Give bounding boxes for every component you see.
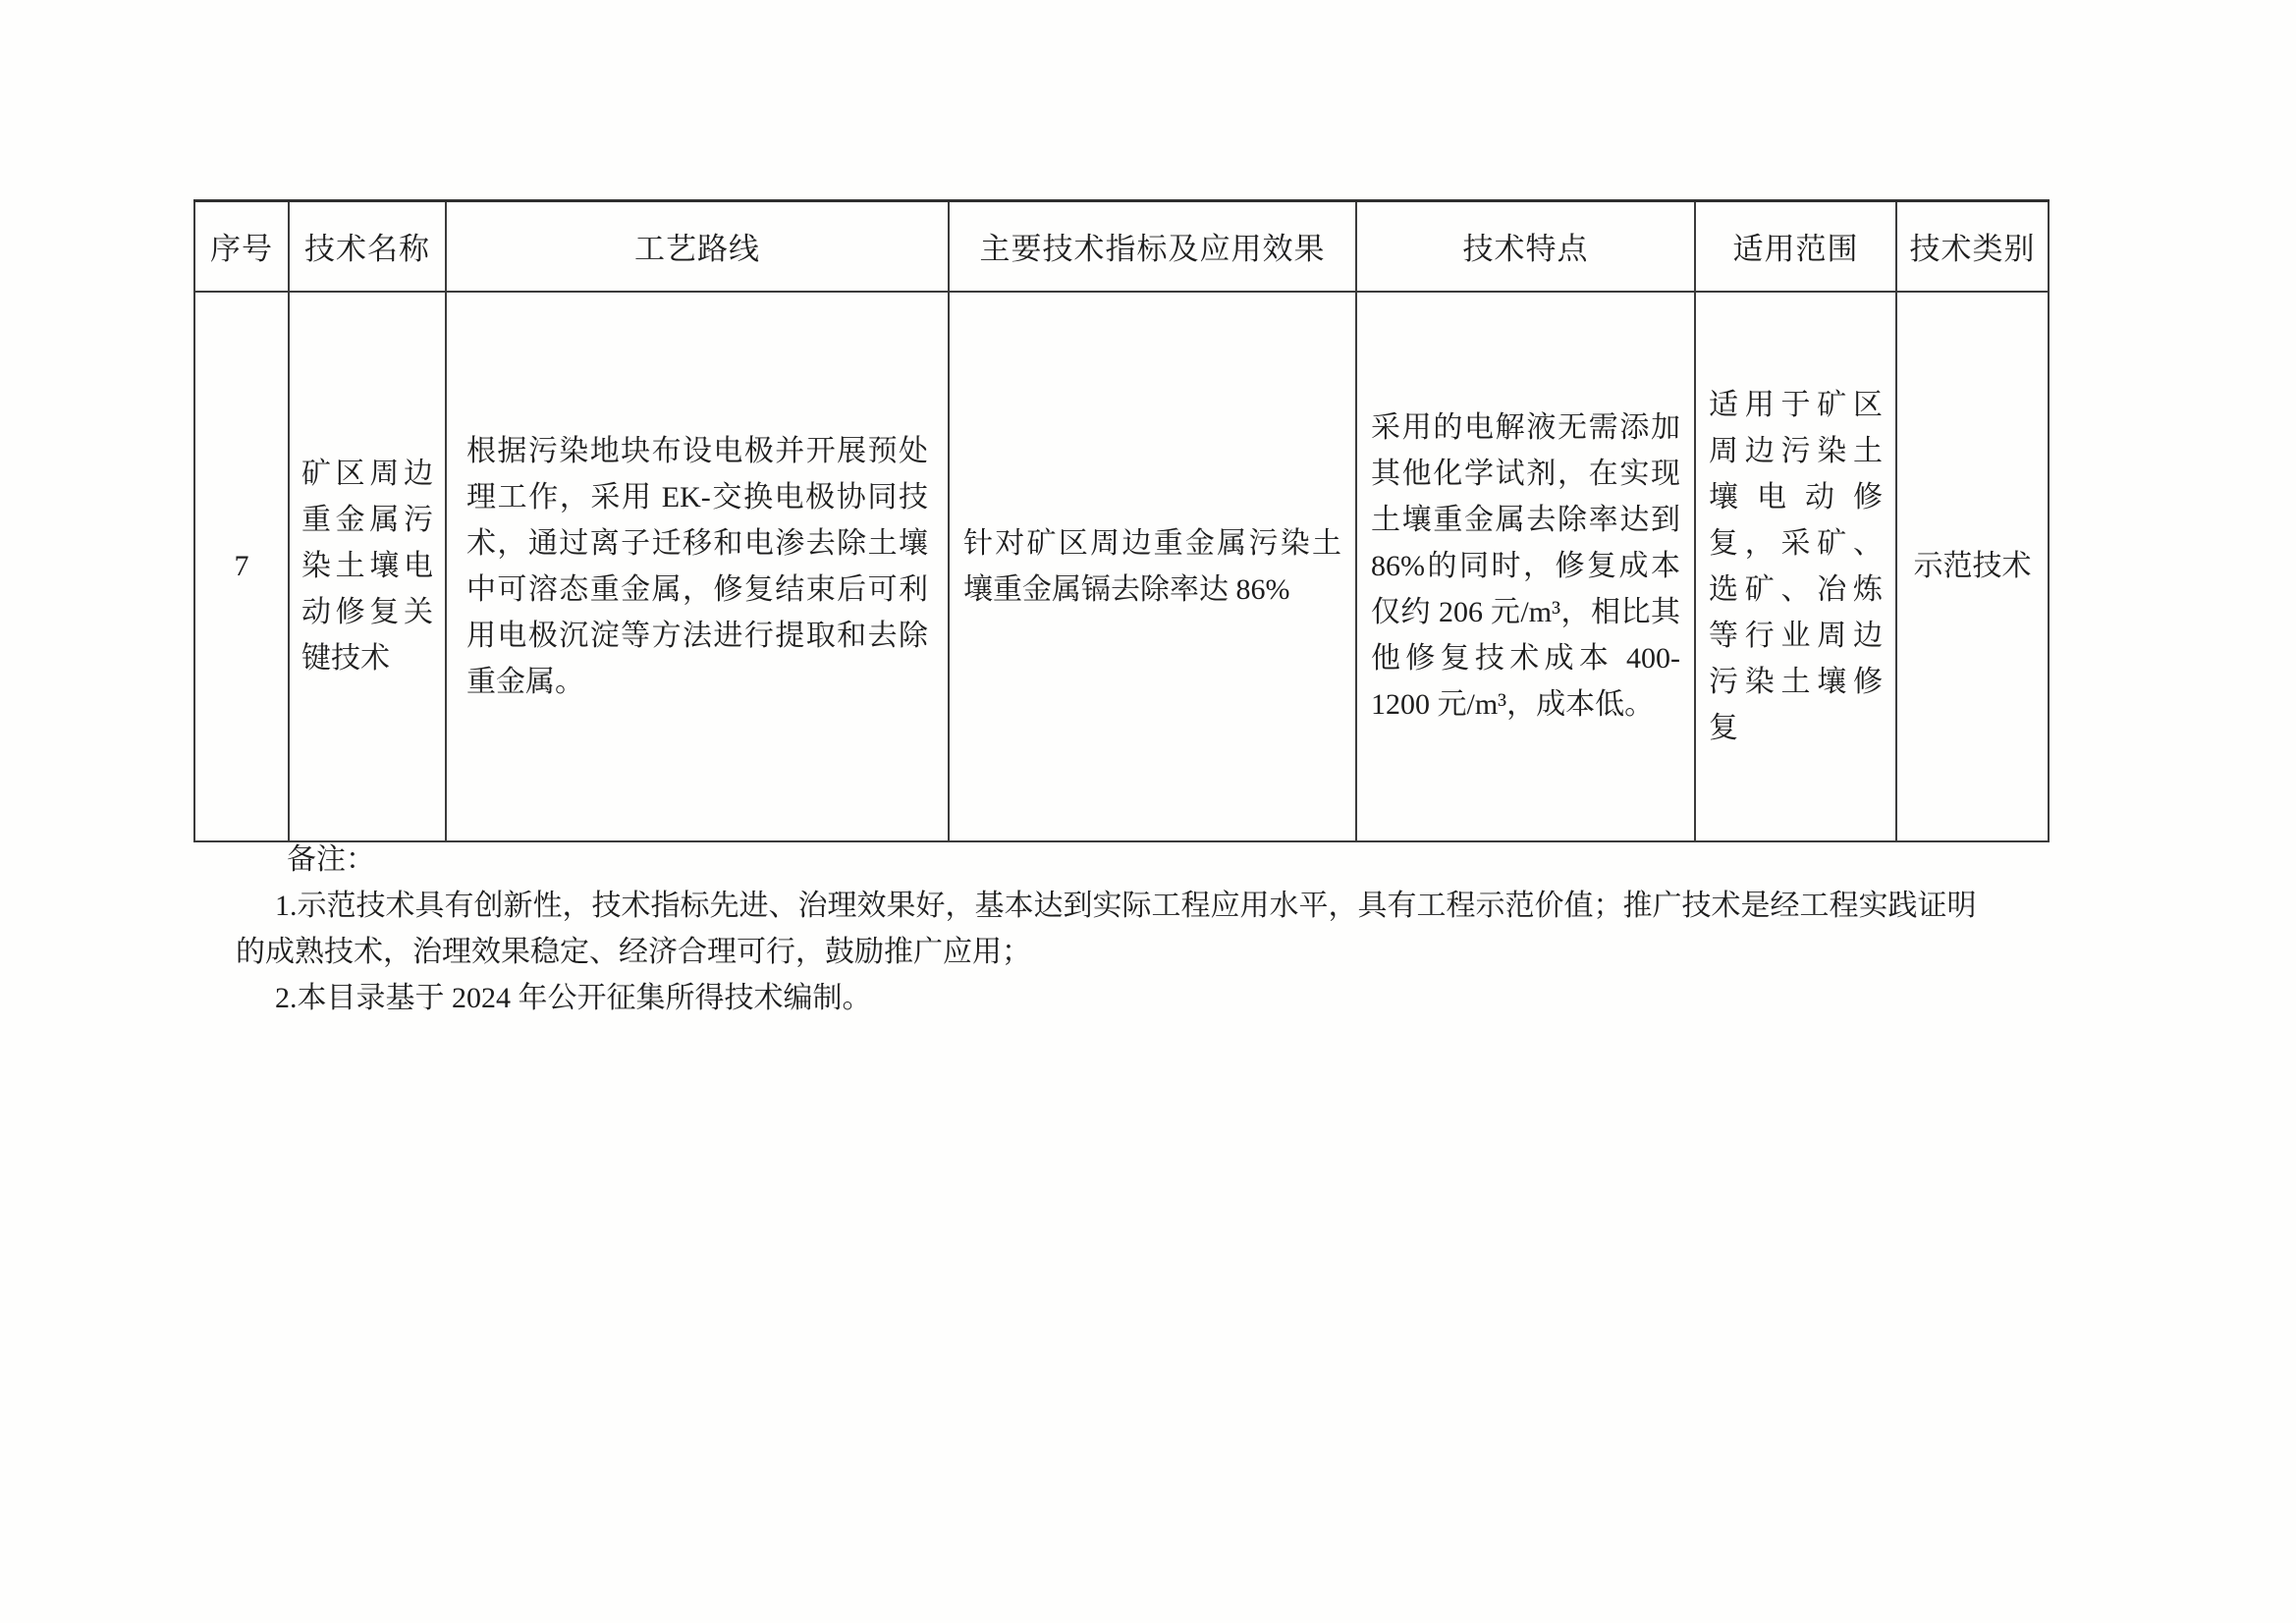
notes-label: 备注： — [236, 837, 2003, 883]
technology-table: 序号 技术名称 工艺路线 主要技术指标及应用效果 技术特点 适用范围 技术类别 … — [193, 199, 2050, 842]
cell-category: 示范技术 — [1896, 292, 2049, 841]
cell-indicators: 针对矿区周边重金属污染土壤重金属镉去除率达 86% — [949, 292, 1356, 841]
col-header-scope: 适用范围 — [1695, 201, 1896, 292]
notes-section: 备注： 1.示范技术具有创新性，技术指标先进、治理效果好，基本达到实际工程应用水… — [236, 837, 2003, 1021]
document-page: 序号 技术名称 工艺路线 主要技术指标及应用效果 技术特点 适用范围 技术类别 … — [0, 0, 2296, 1623]
col-header-features: 技术特点 — [1356, 201, 1695, 292]
col-header-process: 工艺路线 — [446, 201, 949, 292]
cell-tech-name: 矿区周边重金属污染土壤电动修复关键技术 — [289, 292, 446, 841]
cell-index: 7 — [194, 292, 289, 841]
note-item-1: 1.示范技术具有创新性，技术指标先进、治理效果好，基本达到实际工程应用水平，具有… — [236, 883, 2003, 975]
col-header-category: 技术类别 — [1896, 201, 2049, 292]
cell-scope: 适用于矿区周边污染土壤电动修复，采矿、选矿、冶炼等行业周边污染土壤修复 — [1695, 292, 1896, 841]
col-header-indicators: 主要技术指标及应用效果 — [949, 201, 1356, 292]
cell-process: 根据污染地块布设电极并开展预处理工作，采用 EK-交换电极协同技术，通过离子迁移… — [446, 292, 949, 841]
table-row: 7 矿区周边重金属污染土壤电动修复关键技术 根据污染地块布设电极并开展预处理工作… — [194, 292, 2049, 841]
col-header-index: 序号 — [194, 201, 289, 292]
table-header-row: 序号 技术名称 工艺路线 主要技术指标及应用效果 技术特点 适用范围 技术类别 — [194, 201, 2049, 292]
cell-features: 采用的电解液无需添加其他化学试剂，在实现土壤重金属去除率达到86%的同时，修复成… — [1356, 292, 1695, 841]
note-item-2: 2.本目录基于 2024 年公开征集所得技术编制。 — [236, 975, 2003, 1021]
col-header-tech-name: 技术名称 — [289, 201, 446, 292]
